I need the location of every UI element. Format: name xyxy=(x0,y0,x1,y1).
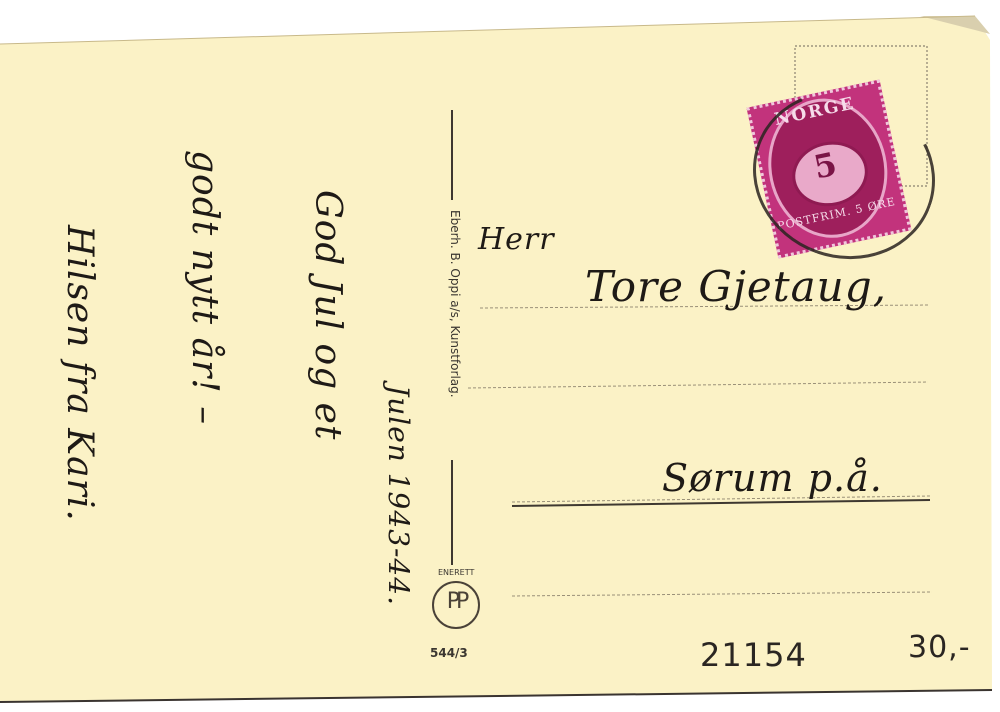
message-line-2: godt nytt år! – xyxy=(184,150,225,425)
catalog-number: 21154 xyxy=(700,636,807,674)
date-note: Julen 1943-44. xyxy=(382,385,415,606)
message-line-3: Hilsen fra Kari. xyxy=(59,225,100,522)
address-name: Tore Gjetaug, xyxy=(585,262,887,311)
card-number: 544/3 xyxy=(430,646,468,660)
message-line-1: God Jul og et xyxy=(307,190,348,440)
price-annotation: 30,- xyxy=(908,630,971,665)
publisher-logo-caption: ENERETT xyxy=(438,568,474,577)
publisher-logo: PP xyxy=(432,581,480,629)
publisher-logo-letters: PP xyxy=(434,589,478,614)
address-salutation: Herr xyxy=(478,222,555,257)
address-place: Sørum p.å. xyxy=(662,456,883,500)
postcard: God Jul og et godt nytt år! – Hilsen fra… xyxy=(0,0,1000,712)
publisher-imprint: Eberh. B. Oppi a/s, Kunstforlag. xyxy=(448,210,462,398)
